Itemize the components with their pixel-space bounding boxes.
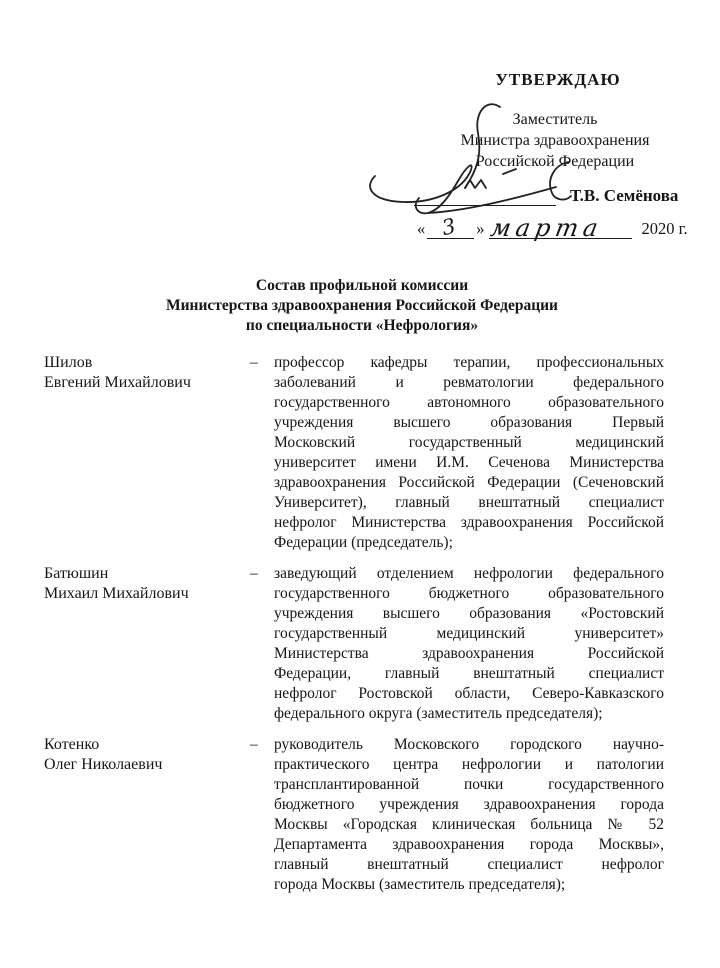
member-dash: – — [250, 564, 274, 724]
member-name-line: Котенко — [44, 735, 250, 755]
member-role-line: заведующий отделением нефрологии федерал… — [274, 564, 664, 584]
member-dash: – — [250, 353, 274, 553]
member-dash: – — [250, 735, 274, 895]
member-role-line: бюджетного учреждения здравоохранения го… — [274, 795, 664, 815]
member-name: Шилов Евгений Михайлович — [44, 353, 250, 553]
approval-date: «3»марта2020 г. — [417, 219, 688, 239]
member-role-line: Москвы «Городская клиническая больница №… — [274, 815, 664, 835]
member-role-line: государственного бюджетного образователь… — [274, 584, 664, 604]
document-title-line: Состав профильной комиссии — [0, 276, 720, 296]
date-month-blank: марта — [489, 221, 632, 239]
member-role-line: федерального округа (заместитель председ… — [274, 704, 664, 724]
member-role-line: университет имени И.М. Сеченова Министер… — [274, 453, 664, 473]
member-name-line: Евгений Михайлович — [44, 373, 250, 393]
member-entry: Котенко Олег Николаевич – руководитель М… — [44, 735, 664, 895]
member-name-line: Шилов — [44, 353, 250, 373]
member-role-line: Министерства здравоохранения Российской — [274, 644, 664, 664]
member-role-line: государственного автономного образовател… — [274, 393, 664, 413]
member-role-line: здравоохранения Российской Федерации (Се… — [274, 473, 664, 493]
document-title: Состав профильной комиссии Министерства … — [0, 276, 720, 336]
member-role-line: нефролог Министерства здравоохранения Ро… — [274, 513, 664, 533]
signature-line — [414, 190, 556, 206]
member-name-line: Батюшин — [44, 564, 250, 584]
member-role-line: Московский государственный медицинский — [274, 433, 664, 453]
document-page: УТВЕРЖДАЮ Заместитель Министра здравоохр… — [0, 0, 720, 968]
date-year: 2020 г. — [642, 219, 688, 238]
member-role: руководитель Московского городского науч… — [274, 735, 664, 895]
member-name-line: Олег Николаевич — [44, 755, 250, 775]
member-entry: Батюшин Михаил Михайлович – заведующий о… — [44, 564, 664, 724]
member-role-line: профессор кафедры терапии, профессиональ… — [274, 353, 664, 373]
member-role-line: Федерации (председатель); — [274, 533, 664, 553]
member-role: профессор кафедры терапии, профессиональ… — [274, 353, 664, 553]
member-role-line: руководитель Московского городского науч… — [274, 735, 664, 755]
member-role-line: заболеваний и ревматологии федерального — [274, 373, 664, 393]
member-name: Батюшин Михаил Михайлович — [44, 564, 250, 724]
member-role-line: Университет), главный внештатный специал… — [274, 493, 664, 513]
signature-row: Т.В. Семёнова — [414, 186, 678, 203]
member-role-line: учреждения высшего образования «Ростовск… — [274, 604, 664, 624]
document-title-line: Министерства здравоохранения Российской … — [0, 296, 720, 316]
member-name: Котенко Олег Николаевич — [44, 735, 250, 895]
date-month-handwritten: марта — [488, 214, 605, 242]
member-entry: Шилов Евгений Михайлович – профессор каф… — [44, 353, 664, 553]
commission-members: Шилов Евгений Михайлович – профессор каф… — [44, 353, 664, 906]
date-close-quote: » — [476, 219, 484, 238]
member-role: заведующий отделением нефрологии федерал… — [274, 564, 664, 724]
member-role-line: трансплантированной почки государственно… — [274, 775, 664, 795]
member-role-line: города Москвы (заместитель председателя)… — [274, 875, 664, 895]
member-role-line: нефролог Ростовской области, Северо-Кавк… — [274, 684, 664, 704]
member-role-line: Департамента здравоохранения города Моск… — [274, 835, 664, 855]
member-role-line: учреждения высшего образования Первый — [274, 413, 664, 433]
date-day-blank: 3 — [427, 221, 474, 239]
member-role-line: Федерации, главный внештатный специалист — [274, 664, 664, 684]
member-role-line: государственный медицинский университет» — [274, 624, 664, 644]
signer-name: Т.В. Семёнова — [570, 186, 678, 206]
approval-heading: УТВЕРЖДАЮ — [440, 70, 676, 90]
member-name-line: Михаил Михайлович — [44, 584, 250, 604]
date-open-quote: « — [417, 219, 425, 238]
document-title-line: по специальности «Нефрология» — [0, 316, 720, 336]
member-role-line: практического центра нефрологии и патоло… — [274, 755, 664, 775]
member-role-line: главный внештатный специалист нефролог — [274, 855, 664, 875]
